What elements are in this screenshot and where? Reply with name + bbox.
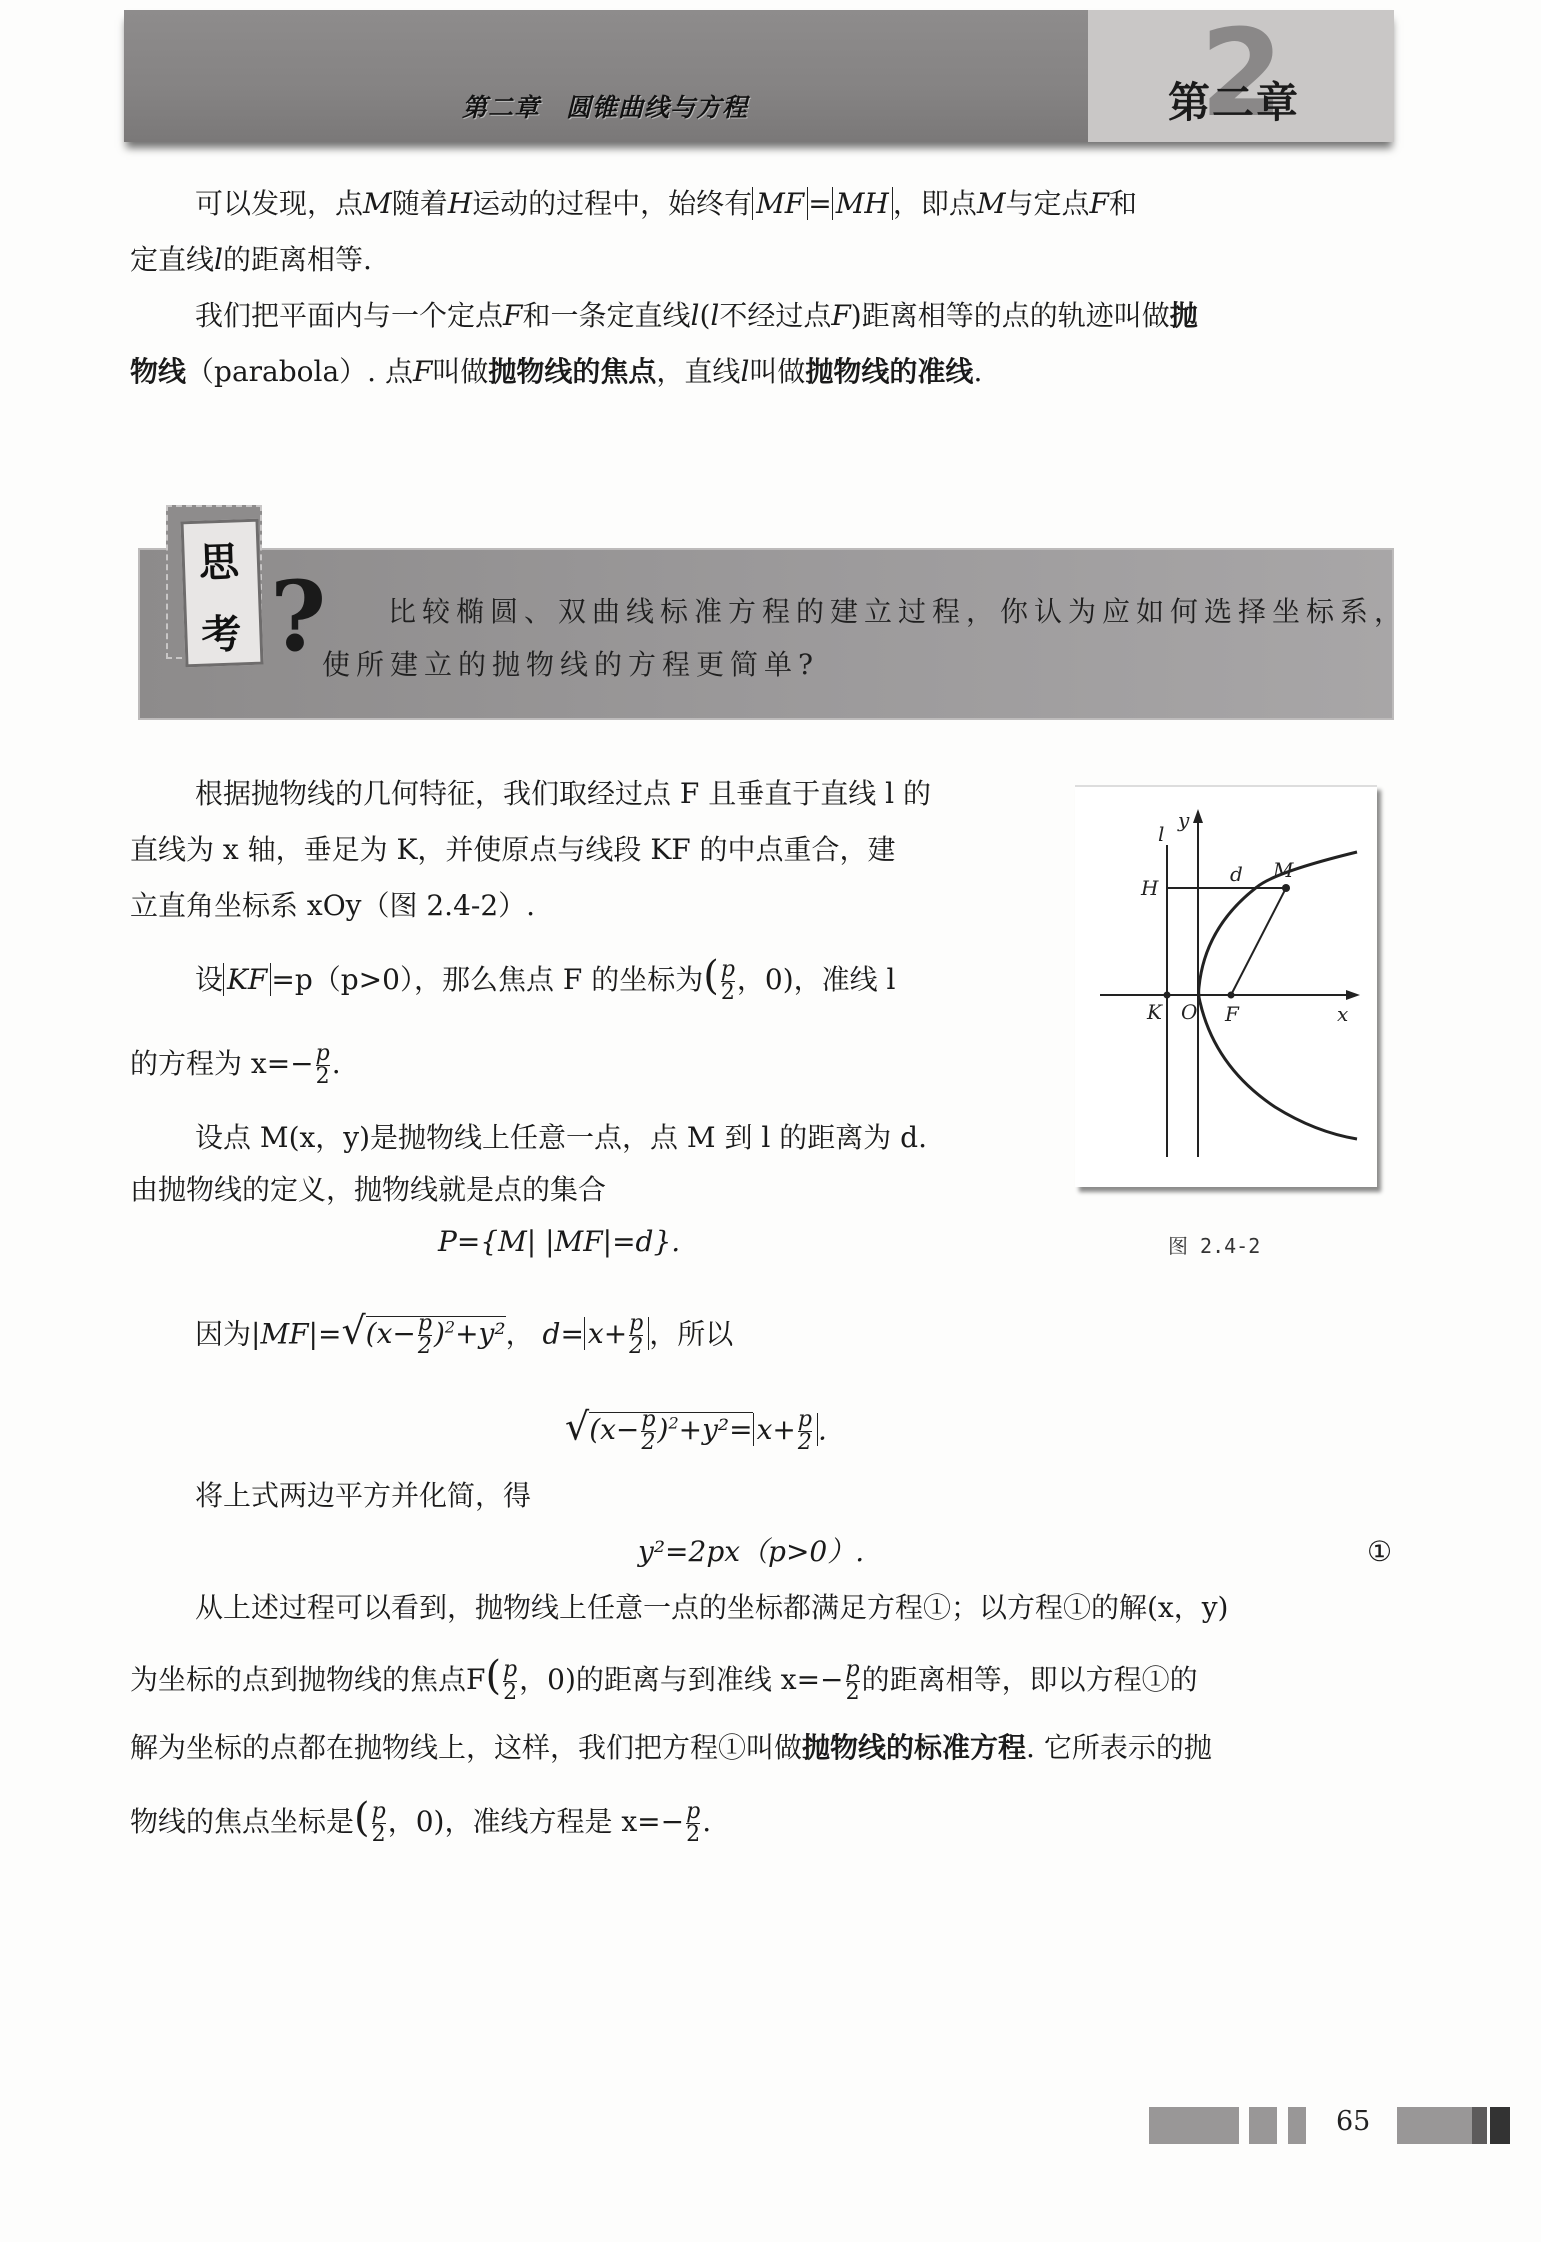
denominator: 2 (316, 1065, 330, 1088)
denominator: 2 (629, 1335, 643, 1358)
paragraph-8-line-2: 为坐标的点到抛物线的焦点F(p2，0)的距离与到准线 x=−p2的距离相等，即以… (130, 1648, 1198, 1708)
text: . (702, 1805, 711, 1838)
paragraph-1-line-2: 定直线l的距离相等. (130, 232, 372, 288)
math-var: F (831, 299, 850, 332)
label-H: H (1140, 876, 1159, 900)
text: 为坐标的点到抛物线的焦点F (130, 1663, 485, 1696)
paragraph-3-line-3: 立直角坐标系 xOy（图 2.4-2）. (130, 878, 535, 934)
term-parabola: 物线 (130, 355, 186, 388)
exponent: 2 (668, 1414, 678, 1433)
math: |MF|= (251, 1317, 341, 1350)
text: 与定点 (1006, 187, 1090, 220)
numerator: p (798, 1409, 812, 1431)
paragraph-4-line-2: 的方程为 x=−p2. (130, 1036, 341, 1092)
fraction: p2 (846, 1659, 860, 1704)
paragraph-8-line-3: 解为坐标的点都在抛物线上，这样，我们把方程①叫做抛物线的标准方程. 它所表示的抛 (130, 1720, 1212, 1776)
text: 的方程为 x=− (130, 1047, 314, 1080)
text: 的距离与到准线 x=− (576, 1663, 844, 1696)
text: 不经过点 (719, 299, 831, 332)
text: ，直线 (656, 355, 740, 388)
equation-tag: ① (1367, 1524, 1392, 1580)
math-abs: x+p2 (753, 1413, 818, 1446)
text: 随着 (392, 187, 448, 220)
text: 设 (195, 963, 223, 996)
think-question-line-1: 比较椭圆、双曲线标准方程的建立过程，你认为应如何选择坐标系， (388, 590, 1408, 630)
numerator: p (629, 1313, 643, 1335)
math-var: F (413, 355, 432, 388)
label-l: l (1158, 822, 1164, 846)
term-directrix: 抛物线的准线 (805, 355, 973, 388)
label-M: M (1272, 858, 1294, 882)
numerator: p (316, 1043, 330, 1065)
figure-parabola: l y H d M K O F x (1075, 785, 1377, 1187)
text: (x− (366, 1317, 416, 1350)
distance-equation: √(x−p2)2+y²=x+p2. (565, 1396, 827, 1458)
numerator: p (846, 1659, 860, 1681)
paragraph-3-line-2: 直线为 x 轴，垂足为 K，并使原点与线段 KF 的中点重合，建 (130, 822, 896, 878)
text: 因为 (195, 1317, 251, 1350)
text: 的距离相等. (223, 243, 372, 276)
sqrt-body: (x−p2)2+y² (366, 1316, 506, 1350)
math-abs: x+p2 (584, 1317, 649, 1350)
term-parabola: 抛 (1170, 299, 1198, 332)
text: 定直线 (130, 243, 214, 276)
fraction: p2 (418, 1313, 432, 1358)
fraction: p2 (721, 959, 735, 1004)
paragraph-7: 将上式两边平方并化简，得 (195, 1468, 531, 1524)
text: 和 (1109, 187, 1137, 220)
math-var: F (503, 299, 522, 332)
paren: ( (703, 953, 719, 999)
sqrt-icon: √ (341, 1308, 365, 1352)
text: . 它所表示的抛 (1026, 1731, 1212, 1764)
text: 可以发现，点 (195, 187, 363, 220)
numerator: p (503, 1659, 517, 1681)
math-abs: KF (223, 963, 271, 996)
paragraph-6: 因为|MF|=√(x−p2)2+y²， d=x+p2，所以 (195, 1300, 733, 1362)
text: x+ (588, 1317, 627, 1350)
label-O: O (1181, 1000, 1197, 1024)
text: x+ (757, 1413, 796, 1446)
numerator: p (721, 959, 735, 981)
math: d= (543, 1317, 584, 1350)
question-mark-icon: ? (270, 560, 326, 673)
fraction: p2 (372, 1801, 386, 1846)
footer-decor-bar (1149, 2107, 1239, 2144)
figure-caption: 图 2.4-2 (1168, 1230, 1260, 1259)
text: =p（p>0），那么焦点 F 的坐标为 (271, 963, 703, 996)
math-var: l (214, 243, 223, 276)
sqrt-icon: √ (565, 1404, 589, 1448)
math-var: H (448, 187, 472, 220)
text: = (808, 187, 831, 220)
text: 物线的焦点坐标是 (130, 1805, 354, 1838)
text: 的距离相等，即以方程①的 (862, 1663, 1198, 1696)
text: 叫做 (432, 355, 488, 388)
text: ，准线方程是 x=− (444, 1805, 684, 1838)
numerator: p (686, 1801, 700, 1823)
label-F: F (1224, 1002, 1240, 1026)
denominator: 2 (721, 981, 735, 1004)
math-abs: MH (832, 187, 893, 220)
denominator: 2 (641, 1431, 655, 1454)
text: ，0) (737, 963, 794, 996)
text: ) (434, 1317, 445, 1350)
text: ，0) (388, 1805, 445, 1838)
fraction: p2 (641, 1409, 655, 1454)
label-x: x (1337, 1002, 1348, 1026)
numerator: p (372, 1801, 386, 1823)
think-char-kao: 考 (200, 602, 242, 660)
text: ) (658, 1413, 669, 1446)
set-equation: P={M| |MF|=d}. (438, 1214, 680, 1270)
label-K: K (1146, 1000, 1163, 1024)
denominator: 2 (686, 1823, 700, 1846)
text: 我们把平面内与一个定点 (195, 299, 503, 332)
math-var: F (1090, 187, 1109, 220)
text: （parabola）. 点 (186, 355, 413, 388)
think-box (138, 548, 1394, 720)
math-var: M (977, 187, 1006, 220)
text: . (332, 1047, 341, 1080)
fraction: p2 (503, 1659, 517, 1704)
math-abs: MF (752, 187, 808, 220)
fraction: p2 (629, 1313, 643, 1358)
text: ，即点 (893, 187, 977, 220)
text: ，所以 (649, 1317, 733, 1350)
numerator: p (641, 1409, 655, 1431)
text: +y²= (679, 1413, 753, 1446)
parabola-diagram: l y H d M K O F x (1075, 787, 1377, 1187)
think-question-line-2: 使所建立的抛物线的方程更简单? (322, 643, 819, 683)
text: 运动的过程中，始终有 (472, 187, 752, 220)
text: 叫做 (749, 355, 805, 388)
text: +y² (455, 1317, 506, 1350)
footer-decor-bar (1472, 2107, 1487, 2144)
label-y: y (1177, 808, 1190, 832)
paragraph-5-line-1: 设点 M(x，y)是抛物线上任意一点，点 M 到 l 的距离为 d. (195, 1110, 927, 1166)
text: (x− (589, 1413, 639, 1446)
denominator: 2 (372, 1823, 386, 1846)
denominator: 2 (503, 1681, 517, 1704)
think-char-si: 思 (198, 530, 240, 588)
text: )距离相等的点的轨迹叫做 (851, 299, 1170, 332)
denominator: 2 (418, 1335, 432, 1358)
numerator: p (418, 1313, 432, 1335)
denominator: 2 (846, 1681, 860, 1704)
exponent: 2 (445, 1318, 455, 1337)
chapter-tab-text: 第二章 (1168, 70, 1300, 130)
sqrt-body: (x−p2)2+y²= (589, 1412, 752, 1446)
running-title: 第二章 圆锥曲线与方程 (462, 88, 748, 124)
text: . (818, 1413, 827, 1446)
label-d: d (1230, 862, 1243, 886)
paren: ( (485, 1653, 501, 1699)
text: 和一条定直线 (522, 299, 690, 332)
paragraph-2-line-1: 我们把平面内与一个定点F和一条定直线l(l不经过点F)距离相等的点的轨迹叫做抛 (195, 288, 1198, 344)
footer-decor-bar (1490, 2107, 1510, 2144)
text: . (973, 355, 982, 388)
paragraph-1-line-1: 可以发现，点M随着H运动的过程中，始终有MF=MH，即点M与定点F和 (195, 176, 1405, 232)
paragraph-4-line-1: 设KF=p（p>0），那么焦点 F 的坐标为(p2，0)，准线 l (195, 948, 896, 1008)
footer-decor-bar (1288, 2107, 1306, 2144)
fraction: p2 (316, 1043, 330, 1088)
page-number: 65 (1336, 2106, 1370, 2137)
text: ，0) (519, 1663, 576, 1696)
text: ( (699, 299, 710, 332)
denominator: 2 (798, 1431, 812, 1454)
footer-decor-bar (1249, 2107, 1277, 2144)
paragraph-2-line-2: 物线（parabola）. 点F叫做抛物线的焦点，直线l叫做抛物线的准线. (130, 344, 982, 400)
fraction: p2 (686, 1801, 700, 1846)
standard-equation: y²=2px（p>0）. (638, 1524, 864, 1580)
footer-decor-bar (1397, 2107, 1472, 2144)
paragraph-3-line-1: 根据抛物线的几何特征，我们取经过点 F 且垂直于直线 l 的 (195, 766, 931, 822)
text: ， (506, 1317, 534, 1350)
math-var: M (363, 187, 392, 220)
text: ，准线 l (794, 963, 896, 996)
text: 解为坐标的点都在抛物线上，这样，我们把方程①叫做 (130, 1731, 802, 1764)
math-var: l (710, 299, 719, 332)
paragraph-8-line-4: 物线的焦点坐标是(p2，0)，准线方程是 x=−p2. (130, 1790, 711, 1850)
term-standard-equation: 抛物线的标准方程 (802, 1731, 1026, 1764)
paren: ( (354, 1795, 370, 1841)
paragraph-5-line-2: 由抛物线的定义，抛物线就是点的集合 (130, 1162, 606, 1218)
paragraph-8-line-1: 从上述过程可以看到，抛物线上任意一点的坐标都满足方程①；以方程①的解(x，y) (195, 1580, 1228, 1636)
fraction: p2 (798, 1409, 812, 1454)
term-focus: 抛物线的焦点 (488, 355, 656, 388)
think-icon-card: 思 考 (180, 519, 263, 668)
